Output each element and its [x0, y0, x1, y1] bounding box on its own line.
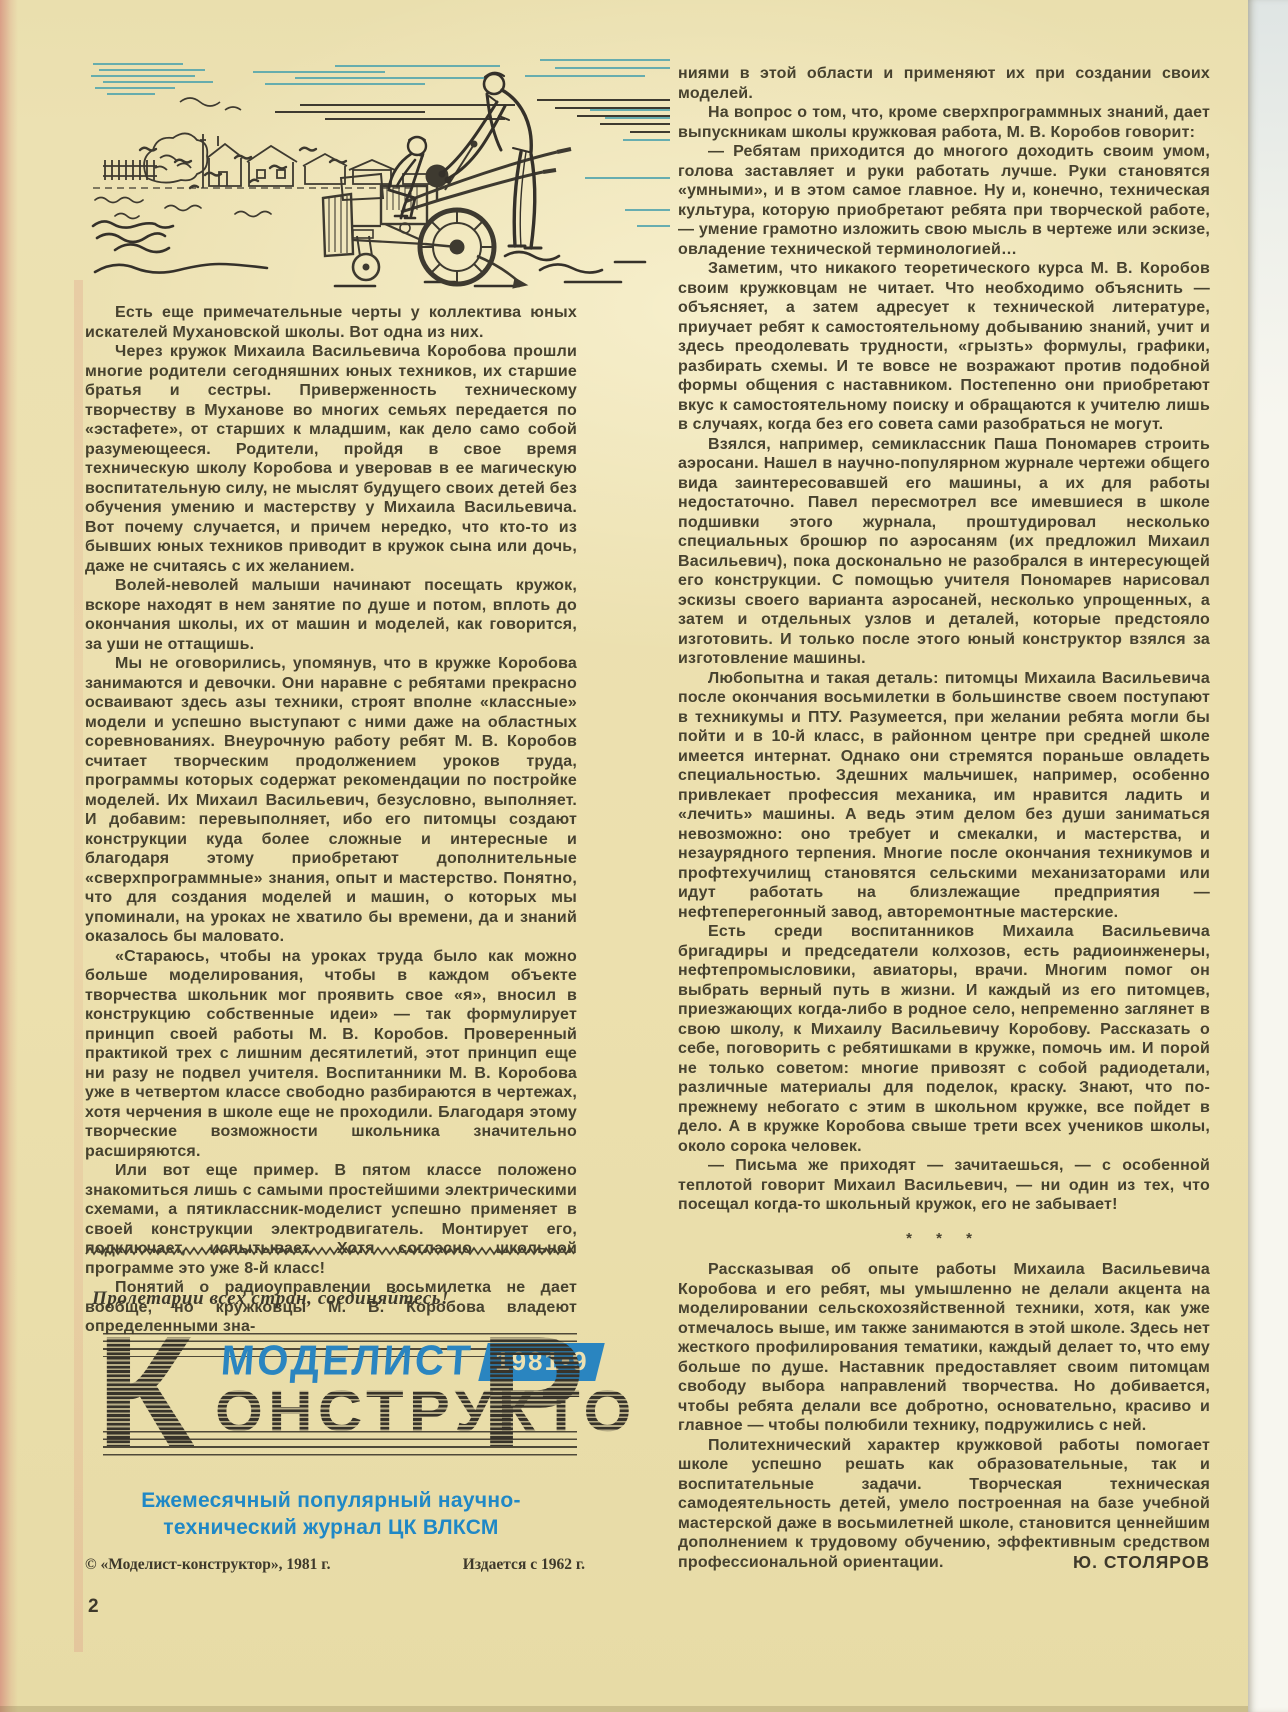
paragraph: Любопытна и такая деталь: питомцы Михаил… — [678, 669, 1210, 923]
author-byline: Ю. СТОЛЯРОВ — [678, 1552, 1210, 1573]
paragraph: Заметим, что никакого теоретического кур… — [678, 259, 1210, 435]
logo-letter-k: К — [96, 1313, 194, 1471]
scan-streak — [74, 280, 83, 1652]
paragraph-continuation: ниями в этой области и применяют их при … — [678, 64, 1210, 103]
scan-edge-bottom — [0, 1706, 1248, 1712]
asterisk-separator: * * * — [678, 1229, 1210, 1249]
page-number: 2 — [88, 1596, 99, 1618]
field-illustration — [85, 50, 670, 294]
left-column: Есть еще примечательные черты у коллекти… — [85, 303, 577, 1337]
paragraph: Взялся, например, семиклассник Паша Поно… — [678, 435, 1210, 669]
scan-edge-right — [1248, 0, 1288, 1712]
right-column: ниями в этой области и применяют их при … — [678, 64, 1210, 1572]
paragraph: Есть еще примечательные черты у коллекти… — [85, 303, 577, 342]
paragraph: Через кружок Михаила Васильевича Коробов… — [85, 342, 577, 576]
magazine-page: Есть еще примечательные черты у коллекти… — [0, 0, 1288, 1712]
paragraph: — Письма же приходят — зачитаешься, — с … — [678, 1156, 1210, 1215]
paragraph: Рассказывая об опыте работы Михаила Васи… — [678, 1260, 1210, 1436]
magazine-logo: К МОДЕЛИСТ 1981•9 ОНСТРУКТО Р — [103, 1333, 577, 1461]
paragraph: На вопрос о том, что, кроме сверхпрограм… — [678, 103, 1210, 142]
scan-edge-left — [0, 0, 18, 1712]
imprint-row: © «Моделист-конструктор», 1981 г. Издает… — [85, 1556, 585, 1574]
copyright-notice: © «Моделист-конструктор», 1981 г. — [85, 1556, 330, 1574]
paragraph: Есть среди воспитанников Михаила Василье… — [678, 922, 1210, 1156]
illustration-svg — [85, 50, 670, 294]
paragraph: Или вот еще пример. В пятом классе полож… — [85, 1161, 577, 1278]
paragraph: Мы не оговорились, упомянув, что в кружк… — [85, 654, 577, 947]
paragraph: Волей-неволей малыши начинают посещать к… — [85, 576, 577, 654]
zigzag-divider — [85, 1244, 577, 1256]
published-since: Издается с 1962 г. — [463, 1556, 585, 1574]
paragraph: «Стараюсь, чтобы на уроках труда было ка… — [85, 947, 577, 1162]
paragraph: — Ребятам приходится до многого доходить… — [678, 142, 1210, 259]
logo-letter-r: Р — [480, 1313, 585, 1471]
journal-subtitle: Ежемесячный популярный научно-технически… — [85, 1487, 577, 1541]
